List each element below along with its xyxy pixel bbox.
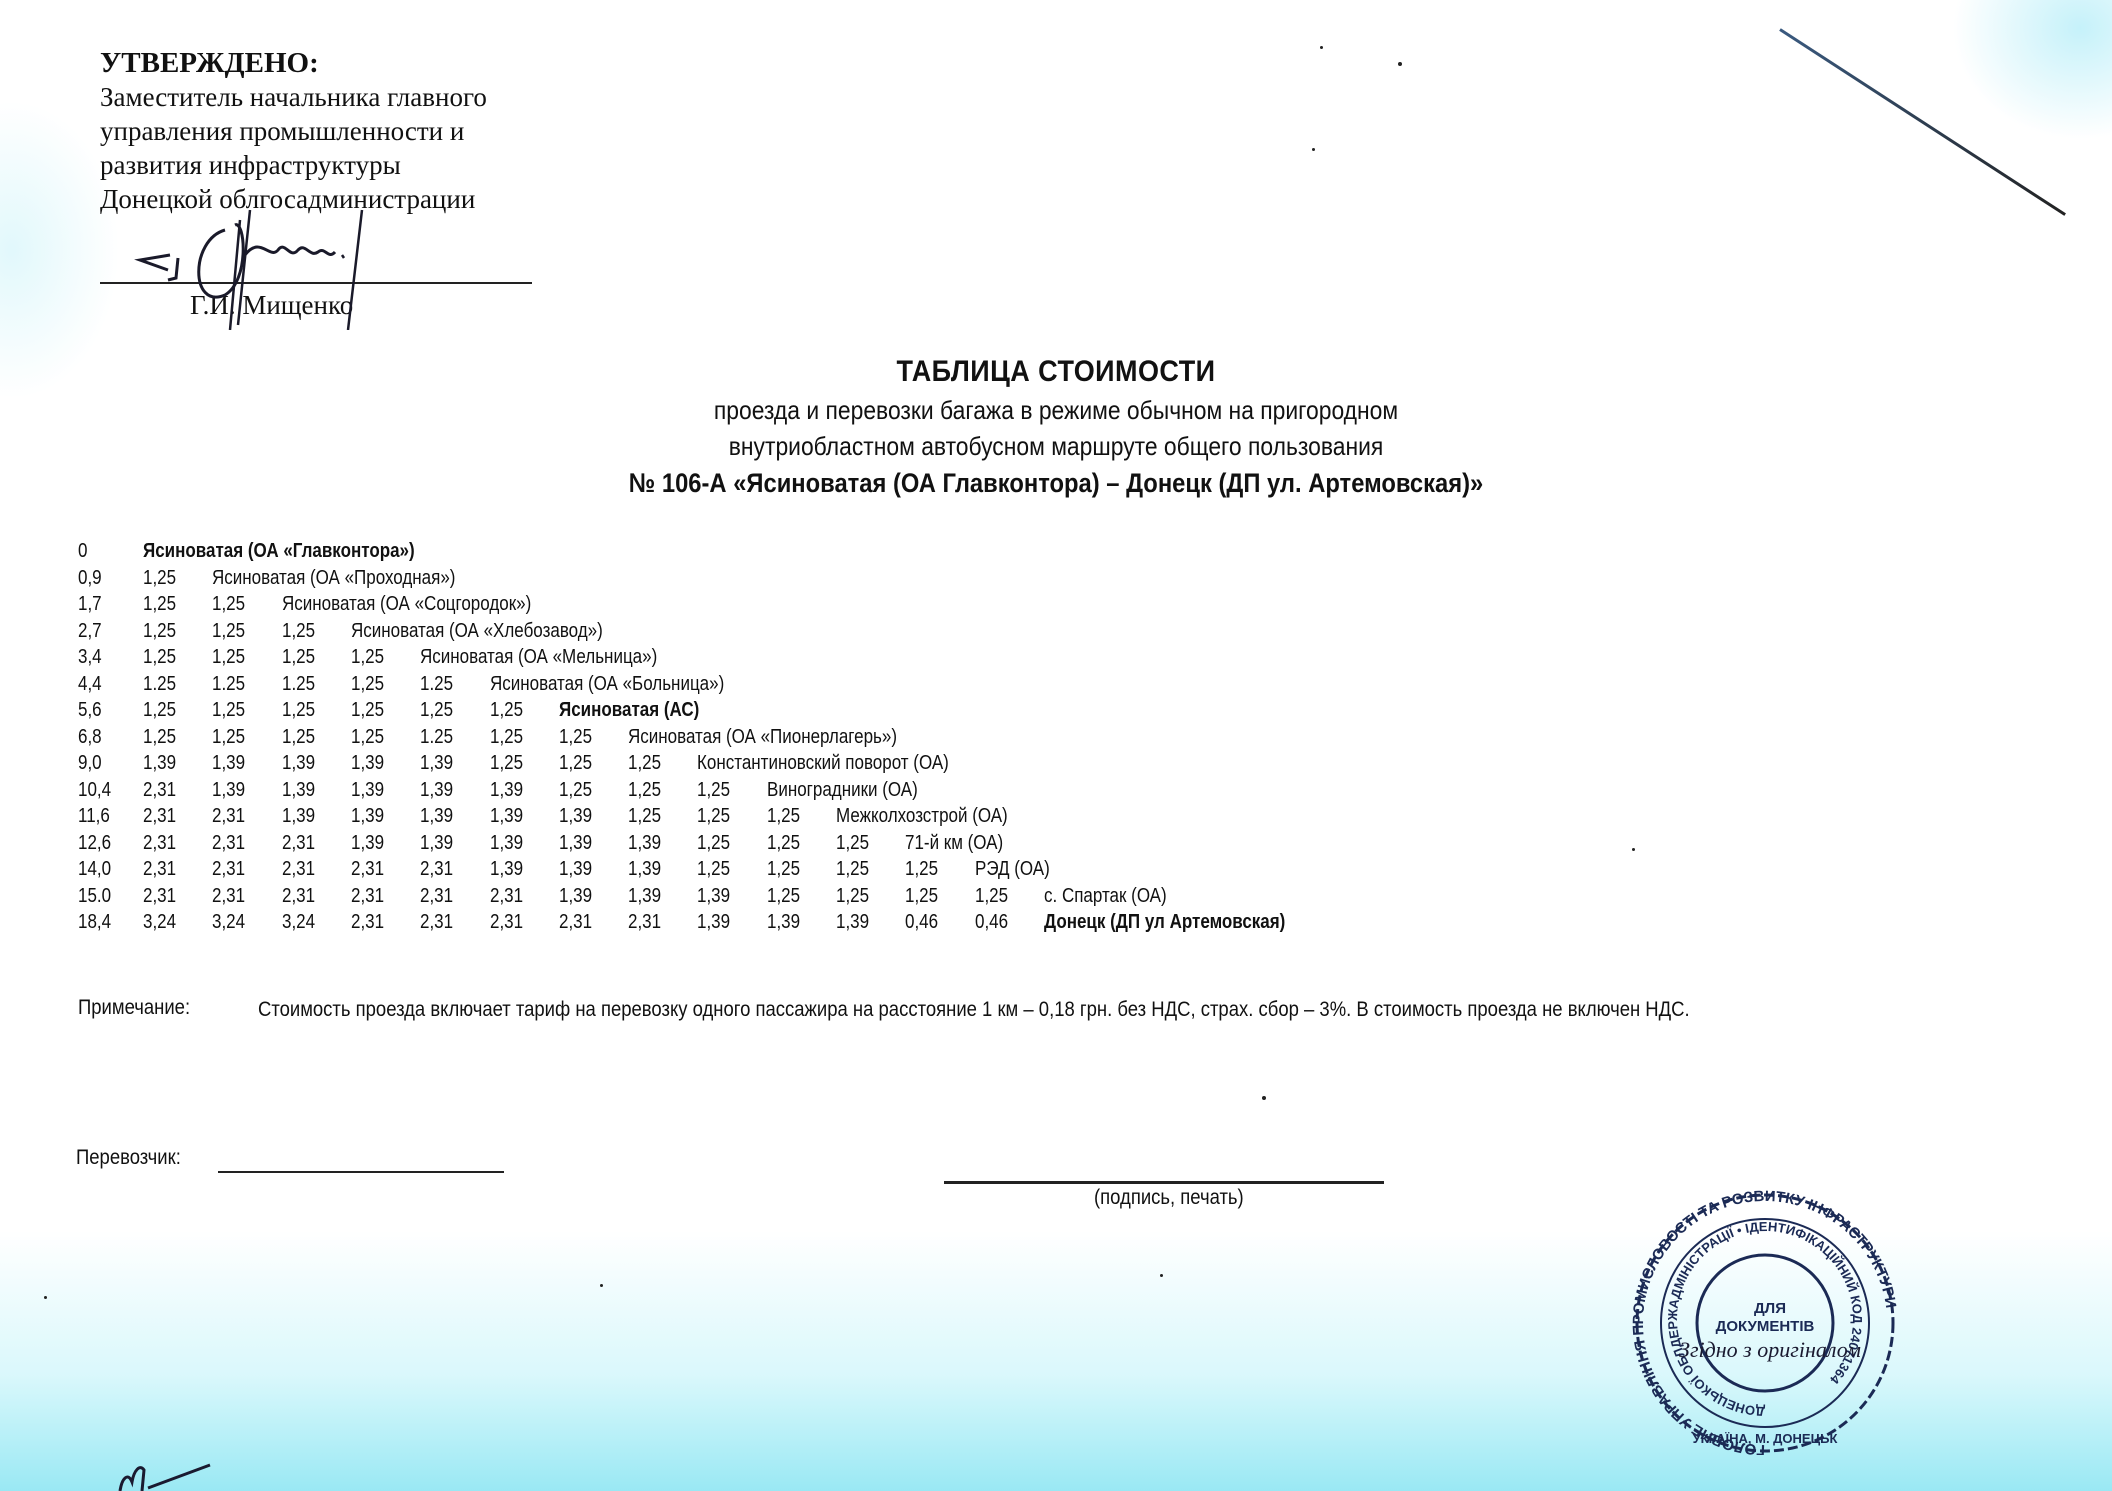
fare-value: 0,46 <box>975 911 1008 934</box>
stop-name: Донецк (ДП ул Артемовская) <box>1044 911 1285 934</box>
stop-name: Ясиноватая (ОА «Мельница») <box>420 646 657 669</box>
fare-value: 1.25 <box>282 673 315 696</box>
scan-speck <box>1160 1274 1163 1277</box>
fare-value: 1.25 <box>143 673 176 696</box>
stop-name: Константиновский поворот (ОА) <box>697 752 949 775</box>
stop-name: РЭД (ОА) <box>975 858 1050 881</box>
document-subtitle: внутриобластном автобусном маршруте обще… <box>127 428 1986 464</box>
fare-value: 1,39 <box>628 832 661 855</box>
fare-value: 1,25 <box>905 858 938 881</box>
approval-heading: УТВЕРЖДЕНО: <box>100 46 487 80</box>
distance-km: 4,4 <box>78 673 102 696</box>
stop-name: Виноградники (ОА) <box>767 779 918 802</box>
fare-value: 1,25 <box>143 567 176 590</box>
fare-value: 2,31 <box>490 911 523 934</box>
fare-value: 1,39 <box>282 805 315 828</box>
fare-value: 1,25 <box>697 832 730 855</box>
fare-value: 1,25 <box>212 593 245 616</box>
fare-value: 1,25 <box>212 726 245 749</box>
fare-value: 1,25 <box>282 726 315 749</box>
fare-value: 2,31 <box>420 911 453 934</box>
stop-name: с. Спартак (ОА) <box>1044 885 1167 908</box>
note-text: Стоимость проезда включает тариф на пере… <box>258 996 1824 1024</box>
distance-km: 14,0 <box>78 858 111 881</box>
fare-value: 1,25 <box>351 673 384 696</box>
signature-stamp-line <box>944 1181 1384 1184</box>
fare-value: 1,25 <box>282 620 315 643</box>
svg-text:УКРАЇНА, М. ДОНЕЦЬК: УКРАЇНА, М. ДОНЕЦЬК <box>1693 1431 1838 1446</box>
fare-value: 1,39 <box>628 885 661 908</box>
fare-value: 2,31 <box>212 805 245 828</box>
official-stamp-icon: ГОЛОВНЕ УПРАВЛІННЯ ПРОМИСЛОВОСТІ ТА РОЗВ… <box>1630 1175 1900 1455</box>
distance-km: 12,6 <box>78 832 111 855</box>
fare-value: 1,39 <box>490 858 523 881</box>
fare-value: 1,25 <box>559 752 592 775</box>
fare-value: 1,39 <box>697 911 730 934</box>
fare-value: 2,31 <box>212 832 245 855</box>
svg-text:ДЛЯ: ДЛЯ <box>1754 1300 1786 1317</box>
distance-km: 0 <box>78 540 87 563</box>
fare-value: 2,31 <box>351 911 384 934</box>
fare-value: 1,25 <box>143 699 176 722</box>
distance-km: 15.0 <box>78 885 111 908</box>
distance-km: 3,4 <box>78 646 102 669</box>
scan-speck <box>1398 62 1402 66</box>
fare-value: 1,25 <box>490 726 523 749</box>
fare-value: 1,39 <box>559 832 592 855</box>
fare-value: 1,25 <box>628 805 661 828</box>
document-subtitle: проезда и перевозки багажа в режиме обыч… <box>127 392 1986 428</box>
approval-line: управления промышленности и <box>100 114 487 148</box>
fare-value: 1,25 <box>697 779 730 802</box>
fare-value: 1,25 <box>559 779 592 802</box>
fare-value: 1,25 <box>212 646 245 669</box>
distance-km: 9,0 <box>78 752 102 775</box>
fare-value: 1,39 <box>559 858 592 881</box>
fare-value: 1,39 <box>212 779 245 802</box>
approval-block: УТВЕРЖДЕНО: Заместитель начальника главн… <box>100 46 487 216</box>
stop-name: Ясиноватая (АС) <box>559 699 699 722</box>
stop-name: Межколхозстрой (ОА) <box>836 805 1008 828</box>
fare-value: 2,31 <box>559 911 592 934</box>
fare-value: 1,25 <box>836 885 869 908</box>
fare-value: 1,25 <box>351 646 384 669</box>
scan-speck <box>1262 1096 1266 1100</box>
fare-value: 2,31 <box>490 885 523 908</box>
fare-value: 2,31 <box>351 885 384 908</box>
route-title: № 106-А «Ясиноватая (ОА Главконтора) – Д… <box>127 464 1986 502</box>
fare-value: 1,39 <box>351 779 384 802</box>
fare-value: 1,25 <box>836 832 869 855</box>
stop-name: Ясиноватая (ОА «Пионерлагерь») <box>628 726 897 749</box>
distance-km: 18,4 <box>78 911 111 934</box>
fare-value: 1,25 <box>282 699 315 722</box>
fare-value: 2,31 <box>212 858 245 881</box>
fare-value: 1,25 <box>143 620 176 643</box>
document-title: ТАБЛИЦА СТОИМОСТИ <box>106 352 2007 392</box>
note-label: Примечание: <box>78 996 190 1020</box>
fare-value: 1,39 <box>420 805 453 828</box>
scan-speck <box>1632 848 1635 851</box>
scan-speck <box>1320 46 1323 49</box>
fare-value: 1,25 <box>628 752 661 775</box>
fare-value: 1,39 <box>143 752 176 775</box>
fare-value: 1,39 <box>420 752 453 775</box>
fare-value: 3,24 <box>212 911 245 934</box>
fare-value: 1,39 <box>559 805 592 828</box>
fare-value: 1,25 <box>212 620 245 643</box>
fare-value: 1,25 <box>628 779 661 802</box>
fare-value: 1,25 <box>490 699 523 722</box>
fare-value: 2,31 <box>143 858 176 881</box>
stop-name: Ясиноватая (ОА «Больница») <box>490 673 724 696</box>
fare-value: 2,31 <box>143 832 176 855</box>
fare-value: 1,25 <box>975 885 1008 908</box>
svg-text:Згідно з оригіналом: Згідно з оригіналом <box>1679 1337 1861 1362</box>
fare-value: 1,39 <box>351 832 384 855</box>
fare-value: 1,39 <box>628 858 661 881</box>
scan-tint-top-right <box>1952 0 2112 140</box>
fare-value: 1,39 <box>697 885 730 908</box>
fare-value: 1,25 <box>767 805 800 828</box>
distance-km: 2,7 <box>78 620 102 643</box>
distance-km: 11,6 <box>78 805 110 828</box>
distance-km: 0,9 <box>78 567 102 590</box>
fare-value: 1,39 <box>490 805 523 828</box>
fare-value: 1,39 <box>420 832 453 855</box>
corner-signature-icon <box>110 1460 220 1491</box>
fare-value: 1,25 <box>351 699 384 722</box>
svg-text:ДОКУМЕНТІВ: ДОКУМЕНТІВ <box>1716 1318 1815 1335</box>
fare-value: 2,31 <box>420 885 453 908</box>
distance-km: 6,8 <box>78 726 102 749</box>
distance-km: 1,7 <box>78 593 102 616</box>
fare-value: 1.25 <box>420 726 453 749</box>
handwritten-signature-icon <box>130 200 390 330</box>
fare-value: 1,39 <box>490 779 523 802</box>
stop-name: 71-й км (ОА) <box>905 832 1003 855</box>
fare-value: 1,25 <box>767 832 800 855</box>
stop-name: Ясиноватая (ОА «Проходная») <box>212 567 455 590</box>
fare-value: 1,25 <box>767 858 800 881</box>
fare-value: 1,25 <box>143 726 176 749</box>
fare-value: 2,31 <box>143 885 176 908</box>
distance-km: 5,6 <box>78 699 102 722</box>
fare-value: 1,25 <box>697 805 730 828</box>
fare-value: 1.25 <box>212 673 245 696</box>
stop-name: Ясиноватая (ОА «Хлебозавод») <box>351 620 603 643</box>
fare-value: 1,39 <box>282 752 315 775</box>
approval-line: Заместитель начальника главного <box>100 80 487 114</box>
fare-value: 1,39 <box>767 911 800 934</box>
fare-value: 2,31 <box>143 779 176 802</box>
fare-value: 1,25 <box>282 646 315 669</box>
signature-caption: (подпись, печать) <box>1094 1186 1244 1210</box>
fare-value: 1,39 <box>559 885 592 908</box>
fare-value: 1,39 <box>490 832 523 855</box>
fare-value: 1,39 <box>351 752 384 775</box>
fare-value: 1,25 <box>697 858 730 881</box>
fare-value: 1,39 <box>420 779 453 802</box>
fare-value: 1,25 <box>212 699 245 722</box>
fare-value: 1,25 <box>490 752 523 775</box>
fare-value: 3,24 <box>143 911 176 934</box>
fare-value: 1,25 <box>905 885 938 908</box>
fare-value: 0,46 <box>905 911 938 934</box>
fare-value: 1,25 <box>143 646 176 669</box>
fare-value: 1,25 <box>559 726 592 749</box>
scan-artifact-line <box>1779 28 2066 216</box>
distance-km: 10,4 <box>78 779 111 802</box>
fare-value: 1,39 <box>212 752 245 775</box>
stop-name: Ясиноватая (ОА «Соцгородок») <box>282 593 531 616</box>
fare-value: 2,31 <box>282 885 315 908</box>
scan-speck <box>600 1284 603 1287</box>
fare-value: 3,24 <box>282 911 315 934</box>
fare-value: 2,31 <box>351 858 384 881</box>
fare-value: 1,25 <box>420 699 453 722</box>
fare-value: 1,39 <box>282 779 315 802</box>
fare-value: 1.25 <box>420 673 453 696</box>
fare-value: 1,25 <box>143 593 176 616</box>
document-title-block: ТАБЛИЦА СТОИМОСТИ проезда и перевозки ба… <box>0 352 2112 502</box>
fare-value: 1,25 <box>351 726 384 749</box>
fare-value: 1,39 <box>351 805 384 828</box>
carrier-label: Перевозчик: <box>76 1146 181 1170</box>
fare-value: 2,31 <box>282 832 315 855</box>
fare-value: 2,31 <box>143 805 176 828</box>
fare-value: 1,25 <box>836 858 869 881</box>
fare-value: 2,31 <box>212 885 245 908</box>
fare-value: 2,31 <box>628 911 661 934</box>
stop-name: Ясиноватая (ОА «Главконтора») <box>143 540 415 563</box>
fare-value: 2,31 <box>282 858 315 881</box>
fare-value: 2,31 <box>420 858 453 881</box>
scan-speck <box>44 1296 47 1299</box>
carrier-signature-line <box>218 1171 504 1173</box>
scan-speck <box>1312 148 1315 151</box>
fare-value: 1,25 <box>767 885 800 908</box>
approval-line: развития инфраструктуры <box>100 148 487 182</box>
fare-value: 1,39 <box>836 911 869 934</box>
